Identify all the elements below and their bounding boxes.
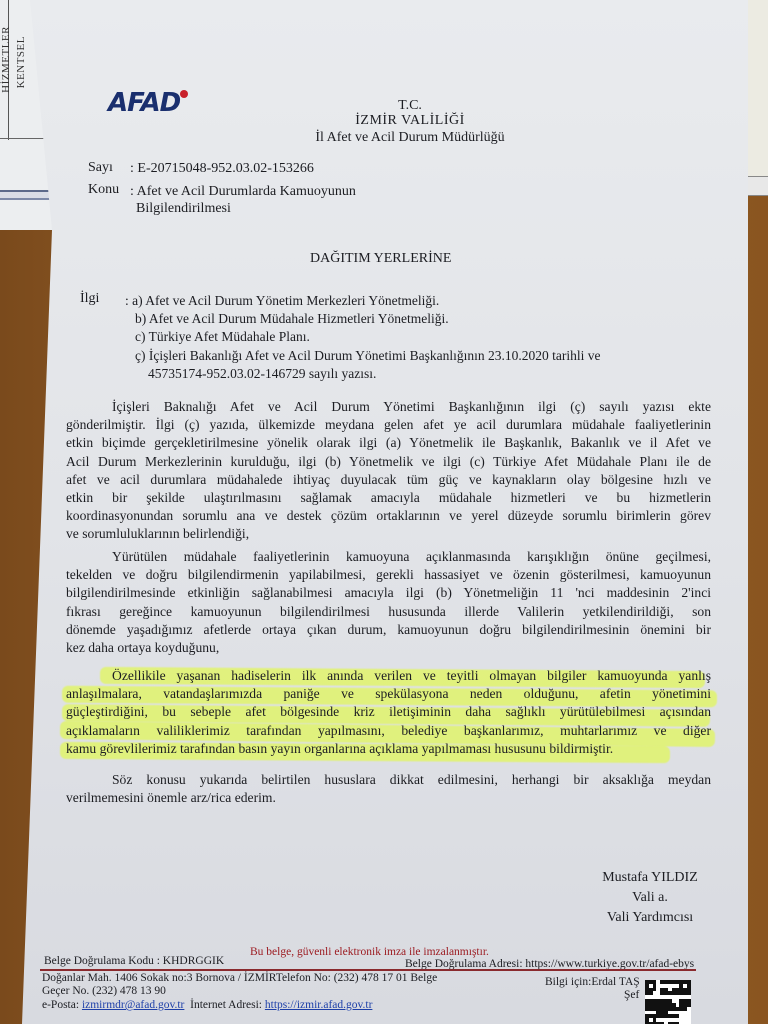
ilgi-item: c) Türkiye Afet Müdahale Planı.	[135, 329, 310, 345]
qr-code-icon	[645, 980, 691, 1024]
email-label: e-Posta:	[42, 999, 79, 1011]
web-label: İnternet Adresi:	[190, 999, 262, 1011]
body-paragraph-4: Söz konusu yukarıda belirtilen hususlara…	[66, 771, 711, 807]
text-line: koordinasyonundan sorumlu ana ve destek …	[66, 507, 711, 525]
konu-value-cont: Bilgilendirilmesi	[136, 201, 231, 217]
ilgi-item: b) Afet ve Acil Durum Müdahale Hizmetler…	[135, 311, 449, 327]
text-line: verilmemesini önemle arz/rica ederim.	[66, 789, 711, 807]
text-line: anlaşılmalara, vatandaşlarımızda paniğe …	[66, 685, 711, 703]
text-line: Söz konusu yukarıda belirtilen hususlara…	[66, 771, 711, 789]
body-paragraph-1: İçişleri Baknalığı Afet ve Acil Durum Yö…	[66, 398, 711, 544]
address: Doğanlar Mah. 1406 Sokak no:3 Bornova / …	[42, 972, 437, 984]
text-line: afet ve acil durumlara müdahalede ihtiya…	[66, 471, 711, 489]
signatory-name: Mustafa YILDIZ	[590, 870, 710, 886]
footer-divider	[40, 969, 696, 971]
text-line: açıklamaların valiliklerimiz tarafından …	[66, 722, 711, 740]
header-directorate: İl Afet ve Acil Durum Müdürlüğü	[260, 130, 560, 146]
esign-notice: Bu belge, güvenli elektronik imza ile im…	[250, 946, 489, 958]
contact-links: e-Posta: izmirmdr@afad.gov.tr İnternet A…	[42, 999, 372, 1011]
konu-label: Konu	[88, 182, 119, 198]
header-tc: T.C.	[260, 98, 560, 114]
ilgi-label: İlgi	[80, 291, 99, 307]
ilgi-item: : a) Afet ve Acil Durum Yönetim Merkezle…	[125, 293, 439, 309]
body-paragraph-3-highlighted: Özellikile yaşanan hadiselerin ilk anınd…	[66, 667, 711, 758]
text-line: etkin biçimde gerçekletirilmesine yöneli…	[66, 434, 711, 452]
web-link[interactable]: https://izmir.afad.gov.tr	[265, 999, 373, 1011]
text-line: kamu görevlilerimiz tarafından basın yay…	[66, 740, 711, 758]
konu-value: : Afet ve Acil Durumlarda Kamuoyunun	[130, 184, 356, 200]
signatory-position: Vali Yardımcısı	[590, 910, 710, 926]
ilgi-item: ç) İçişleri Bakanlığı Afet ve Acil Durum…	[135, 348, 601, 364]
text-line: etkin bir şekilde ulaştırılmasını sağlam…	[66, 489, 711, 507]
signatory-title: Vali a.	[590, 890, 710, 906]
text-line: bilgilendirilmesinde etkinliğin sağlanab…	[66, 584, 711, 602]
contact-person: Bilgi için:Erdal TAŞ	[545, 976, 640, 988]
text-line: İçişleri Baknalığı Afet ve Acil Durum Yö…	[66, 398, 711, 416]
text-line: gönderilmiştir. İlgi (ç) yazıda, ülkemiz…	[66, 416, 711, 434]
contact-title: Şef	[624, 989, 639, 1001]
verification-code: Belge Doğrulama Kodu : KHDRGGIK	[44, 955, 224, 967]
fax: Geçer No. (232) 478 13 90	[42, 985, 166, 997]
text-line: Özellikile yaşanan hadiselerin ilk anınd…	[66, 667, 711, 685]
text-line: Yürütülen müdahale faaliyetlerinin kamuo…	[66, 548, 711, 566]
ilgi-item: 45735174-952.03.02-146729 sayılı yazısı.	[148, 366, 376, 382]
turkish-flag-icon	[180, 90, 188, 98]
text-line: dönemde yaşadığımız afetlerde ortaya çık…	[66, 621, 711, 639]
email-link[interactable]: izmirmdr@afad.gov.tr	[82, 999, 184, 1011]
text-line: fıkrası gereğince kamuoyunun bilgilendir…	[66, 603, 711, 621]
header-governorship: İZMİR VALİLİĞİ	[260, 113, 560, 129]
afad-logo: AFAD	[108, 88, 180, 118]
recipient-heading: DAĞITIM YERLERİNE	[310, 251, 451, 267]
sayi-value: : E-20715048-952.03.02-153266	[130, 161, 314, 177]
text-line: Acil Durum Merkezlerinin kurulduğu, ilgi…	[66, 453, 711, 471]
text-line: kez daha ortaya koyduğunu,	[66, 639, 711, 657]
text-line: güçleştirdiğini, bu sebeple afet bölgesi…	[66, 703, 711, 721]
text-line: tekelden ve doğru bilgilendirmenin yapil…	[66, 566, 711, 584]
body-paragraph-2: Yürütülen müdahale faaliyetlerinin kamuo…	[66, 548, 711, 657]
text-line: ve sorumluluklarının belirlendiği,	[66, 525, 711, 543]
document-content: AFAD T.C. İZMİR VALİLİĞİ İl Afet ve Acil…	[0, 0, 768, 1024]
sayi-label: Sayı	[88, 160, 113, 176]
